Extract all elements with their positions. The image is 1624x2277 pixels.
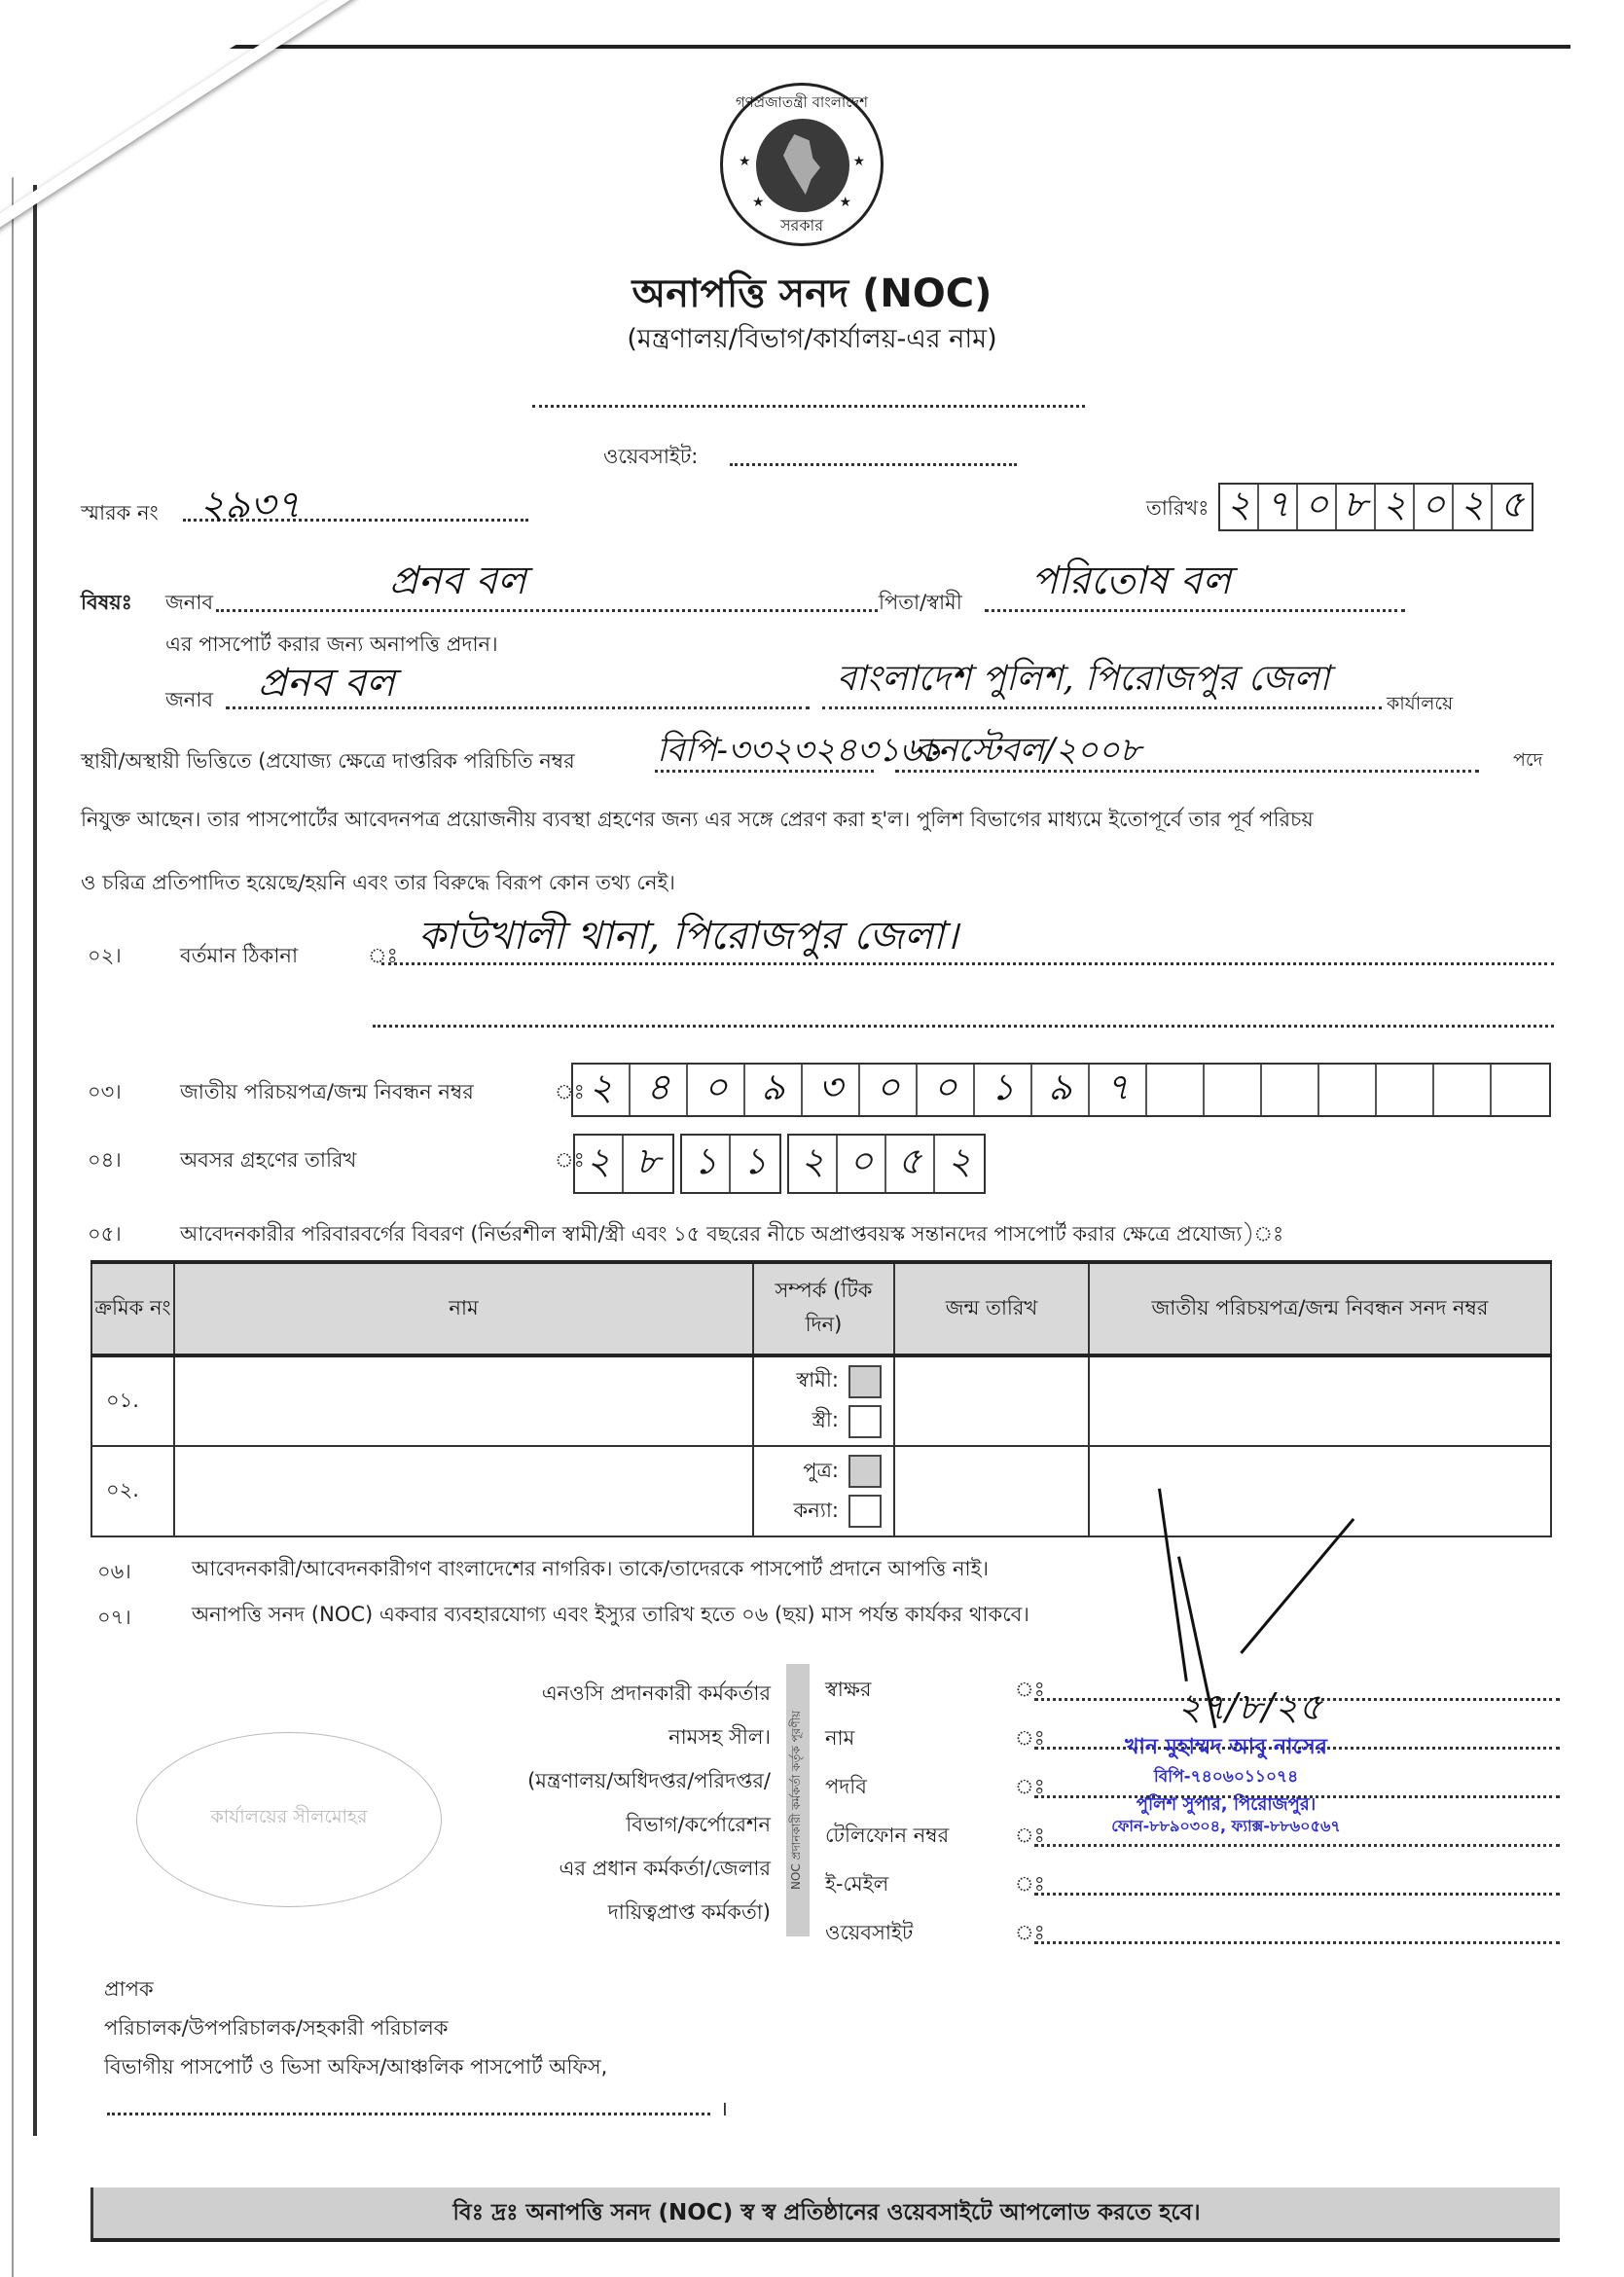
retirement-digit-box[interactable]: ২ [575,1136,624,1192]
officer-description-line: বিভাগ/কর্পোরেশন [409,1803,771,1847]
relation-checkbox[interactable] [848,1455,882,1488]
memo-value: ২৯৩৭ [199,474,301,539]
officer-field-label: স্বাক্ষর [825,1678,871,1702]
relation-label: স্ত্রী: [812,1404,839,1438]
date-digit-box[interactable]: ২ [1376,485,1415,529]
officer-signature-stroke [1240,1518,1354,1654]
header-dob: জন্ম তারিখ [894,1262,1089,1355]
stamp-name: খান মুহাম্মদ আবু নাসের [1061,1730,1391,1766]
officer-description-line: নামসহ সীল। [409,1716,771,1759]
retirement-digit-box[interactable]: ৫ [886,1136,935,1192]
bangladesh-government-emblem-icon: গণপ্রজাতন্ত্রী বাংলাদেশ ★ ★ ★ ★ সরকার [720,83,884,246]
office-suffix: কার্যালয়ে [1387,693,1453,715]
stamp-id: বিপি-৭৪০৬০১১০৭৪ [1061,1764,1391,1791]
father-name-value: পরিতোষ বল [1031,550,1231,615]
folded-corner [0,0,311,185]
nid-digit-box[interactable]: ৪ [631,1065,688,1115]
officer-field-input[interactable] [1034,1892,1560,1896]
emblem-top-text: গণপ্রজাতন্ত্রী বাংলাদেশ [723,91,881,116]
nid-digit-box[interactable]: ০ [918,1065,975,1115]
retirement-label: অবসর গ্রহণের তারিখ [180,1148,356,1173]
address-field-line-2[interactable] [373,1024,1554,1028]
retirement-day[interactable]: ২৮ [573,1134,674,1194]
star-icon: ★ [852,154,865,169]
officer-field-label: ওয়েবসাইট [825,1921,913,1945]
frame-top-border [230,45,1570,49]
family-relation-cell: পুত্র:কন্যা: [753,1446,894,1536]
officer-description-line: এনওসি প্রদানকারী কর্মকর্তার [409,1672,771,1716]
emblem-map-disc [756,119,849,212]
retirement-month[interactable]: ১১ [680,1134,781,1194]
recipient-line-3-suffix: । [720,2097,728,2121]
retirement-digit-box[interactable]: ২ [789,1136,838,1192]
retirement-digit-box[interactable]: ১ [682,1136,731,1192]
retirement-digit-box[interactable]: ০ [838,1136,886,1192]
nid-label: জাতীয় পরিচয়পত্র/জন্ম নিবন্ধন নম্বর [180,1080,474,1104]
office-value: বাংলাদেশ পুলিশ, পিরোজপুর জেলা [837,652,1330,710]
nid-digit-box[interactable]: ০ [688,1065,745,1115]
document-title: অনাপত্তি সনদ (NOC) [0,263,1624,328]
nid-digit-box[interactable] [1147,1065,1205,1115]
basis-label: স্থায়ী/অস্থায়ী ভিত্তিতে (প্রযোজ্য ক্ষে… [81,749,575,774]
retirement-year[interactable]: ২০৫২ [787,1134,986,1194]
family-table-row: ০২.পুত্র:কন্যা: [91,1446,1551,1536]
footer-note: বিঃ দ্রঃ অনাপত্তি সনদ (NOC) স্ব স্ব প্রত… [90,2187,1560,2242]
nid-digit-box[interactable]: ৯ [745,1065,803,1115]
bangladesh-map-icon [783,134,820,195]
subject-mr-label: জনাব [165,591,213,615]
nid-digit-box[interactable]: ০ [860,1065,918,1115]
date-digit-box[interactable]: ৮ [1337,485,1376,529]
family-nid-cell[interactable] [1089,1355,1551,1446]
recipient-label: প্রাপক [104,1977,154,2002]
officer-field-row: ওয়েবসাইটঃ [825,1915,1565,1964]
nid-digit-box[interactable] [1377,1065,1434,1115]
body-paragraph-2: ও চরিত্র প্রতিপাদিত হয়েছে/হয়নি এবং তার… [81,871,675,895]
memo-label: স্মারক নং [81,501,159,525]
relation-label: স্বামী: [796,1364,839,1398]
star-icon: ★ [739,154,751,169]
nid-digit-box[interactable]: ৭ [1090,1065,1147,1115]
date-digit-box[interactable]: ০ [1298,485,1337,529]
family-serial: ০১. [91,1355,174,1446]
item-06-number: ০৬। [97,1560,131,1584]
retirement-digit-box[interactable]: ৮ [624,1136,672,1192]
subject-name-value: প্রনব বল [389,550,526,615]
date-field[interactable]: ২৭০৮২০২৫ [1218,483,1534,531]
officer-description-line: এর প্রধান কর্মকর্তা/জেলার [409,1847,771,1891]
item-04-number: ০৪। [88,1148,122,1173]
family-table-row: ০১.স্বামী:স্ত্রী: [91,1355,1551,1446]
date-digit-box[interactable]: ৭ [1259,485,1298,529]
date-digit-box[interactable]: ০ [1415,485,1454,529]
office-seal-placeholder: কার্যালয়ের সীলমোহর [136,1732,442,1907]
document-subtitle: (মন্ত্রণালয়/বিভাগ/কার্যালয়-এর নাম) [0,319,1624,363]
date-digit-box[interactable]: ৫ [1493,485,1532,529]
date-digit-box[interactable]: ২ [1454,485,1493,529]
family-relation-cell: স্বামী:স্ত্রী: [753,1355,894,1446]
nid-digit-box[interactable] [1262,1065,1319,1115]
father-label: পিতা/স্বামী [879,591,962,615]
family-dob-cell[interactable] [894,1355,1089,1446]
officer-field-input[interactable] [1034,1940,1560,1944]
website-field[interactable] [730,462,1017,466]
body-mr-label: জনাব [165,688,213,712]
family-table: ক্রমিক নং নাম সম্পর্ক (টিক দিন) জন্ম তার… [90,1260,1552,1537]
officer-field-label: নাম [825,1726,854,1751]
relation-checkbox[interactable] [848,1495,882,1528]
officer-field-row: ই-মেইলঃ [825,1866,1565,1915]
officer-field-label: ই-মেইল [825,1872,888,1897]
family-intro-text: আবেদনকারীর পরিবারবর্গের বিবরণ (নির্ভরশীল… [180,1222,1283,1247]
address-label: বর্তমান ঠিকানা [180,944,298,968]
recipient-line-2: বিভাগীয় পাসপোর্ট ও ভিসা অফিস/আঞ্চলিক পা… [104,2055,607,2079]
subject-label: বিষয়ঃ [81,591,132,615]
officer-field-label: টেলিফোন নম্বর [825,1824,949,1848]
recipient-office-field[interactable] [107,2112,710,2115]
item-05-number: ০৫। [88,1222,122,1247]
family-dob-cell[interactable] [894,1446,1089,1536]
family-name-cell[interactable] [174,1355,753,1446]
nid-digit-box[interactable] [1205,1065,1262,1115]
header-name: নাম [174,1262,753,1355]
item-02-number: ০২। [88,944,122,968]
body-name-value: প্রনব বল [258,652,395,717]
officer-field-input[interactable] [1034,1843,1560,1847]
relation-label: পুত্র: [803,1455,839,1489]
frame-left-border [33,185,37,2136]
validity-statement: অনাপত্তি সনদ (NOC) একবার ব্যবহারযোগ্য এব… [192,1603,1029,1627]
retirement-digit-box[interactable]: ২ [935,1136,984,1192]
item-07-number: ০৭। [97,1606,131,1630]
date-label: তারিখঃ [1146,496,1209,521]
nid-digit-box[interactable] [1434,1065,1492,1115]
address-value: কাউখালী থানা, পিরোজপুর জেলা। [418,905,958,970]
body-paragraph-1: নিযুক্ত আছেন। তার পাসপোর্টের আবেদনপত্র প… [81,808,1314,832]
post-suffix: পদে [1513,749,1543,772]
subject-name-field[interactable] [216,608,878,612]
family-serial: ০২. [91,1446,174,1536]
header-serial: ক্রমিক নং [91,1262,174,1355]
emblem-bottom-text: সরকার [723,213,881,239]
family-name-cell[interactable] [174,1446,753,1536]
retirement-date-field[interactable]: ২৮ ১১ ২০৫২ [573,1134,992,1194]
website-label: ওয়েবসাইট: [603,445,698,469]
nid-digit-box[interactable] [1492,1065,1549,1115]
date-digit-box[interactable]: ২ [1220,485,1259,529]
officer-description-line: (মন্ত্রণালয়/অধিদপ্তর/পরিদপ্তর/ [409,1759,771,1803]
officer-description-line: দায়িত্বপ্রাপ্ত কর্মকর্তা) [409,1891,771,1934]
nid-digit-box[interactable]: ২ [573,1065,631,1115]
relation-label: কন্যা: [794,1495,839,1529]
item-03-number: ০৩। [88,1080,122,1104]
nid-digit-box[interactable]: ৩ [803,1065,860,1115]
officer-field-label: পদবি [825,1775,867,1799]
officer-description: এনওসি প্রদানকারী কর্মকর্তারনামসহ সীল।(মন… [409,1672,771,1934]
ministry-name-field[interactable] [532,404,1085,408]
header-nid: জাতীয় পরিচয়পত্র/জন্ম নিবন্ধন সনদ নম্বর [1089,1262,1551,1355]
nid-digit-box[interactable]: ১ [975,1065,1032,1115]
officer-section-strip: NOC প্রদানকারী কর্মকর্তা কর্তৃক পূরণীয় [786,1664,810,1936]
header-relation: সম্পর্ক (টিক দিন) [753,1262,894,1355]
post-value: কনস্টেবল/২০০৮ [915,725,1141,780]
star-icon: ★ [752,195,765,210]
relation-checkbox[interactable] [848,1405,882,1438]
retirement-digit-box[interactable]: ১ [731,1136,779,1192]
nid-field[interactable]: ২৪০৯৩০০১৯৭ [571,1063,1551,1117]
nid-digit-box[interactable]: ৯ [1032,1065,1090,1115]
stamp-phone: ফোন-৮৮৯০৩০৪, ফ্যাক্স-৮৮৬০৫৬৭ [1061,1814,1391,1840]
nid-digit-box[interactable] [1319,1065,1377,1115]
star-icon: ★ [839,195,851,210]
citizen-statement: আবেদনকারী/আবেদনকারীগণ বাংলাদেশের নাগরিক।… [192,1557,989,1581]
recipient-line-1: পরিচালক/উপপরিচালক/সহকারী পরিচালক [104,2016,448,2041]
relation-checkbox[interactable] [848,1365,882,1398]
